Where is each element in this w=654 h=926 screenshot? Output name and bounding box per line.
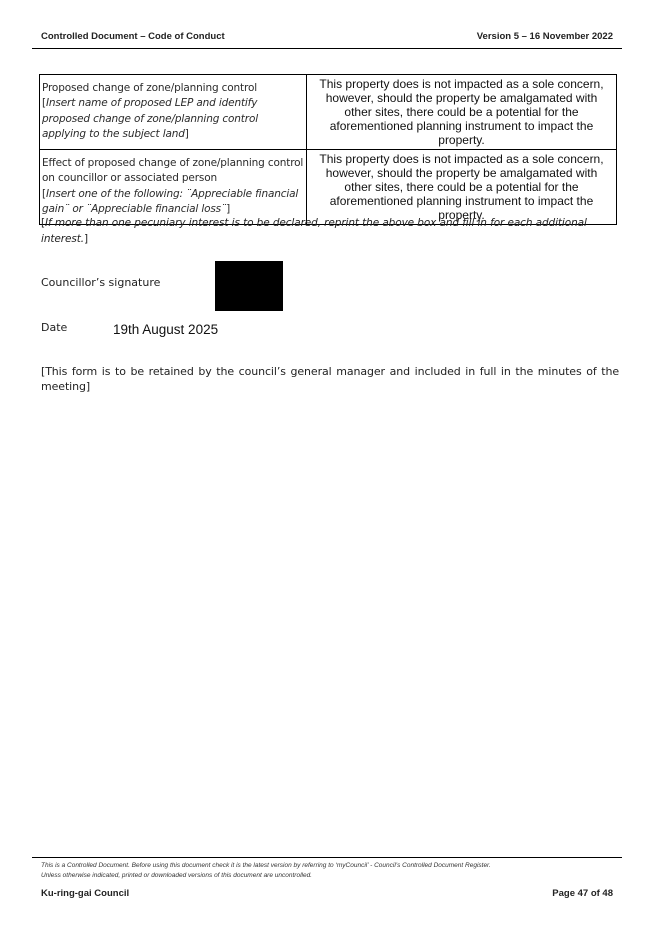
label-instruction: Insert one of the following: ¨Appreciabl… xyxy=(42,188,298,215)
row-label: Effect of proposed change of zone/planni… xyxy=(40,150,307,225)
row-value: This property does is not impacted as a … xyxy=(307,75,617,150)
label-text: Effect of proposed change of zone/planni… xyxy=(42,157,303,184)
footer-divider xyxy=(32,857,622,858)
row-label: Proposed change of zone/planning control… xyxy=(40,75,307,150)
pecuniary-interest-table: Proposed change of zone/planning control… xyxy=(39,74,617,225)
date-label: Date xyxy=(41,321,67,334)
date-value: 19th August 2025 xyxy=(113,322,218,337)
footer-organisation: Ku-ring-gai Council xyxy=(41,888,129,899)
page-header: Controlled Document – Code of Conduct Ve… xyxy=(41,31,613,42)
label-instruction: Insert name of proposed LEP and identify… xyxy=(42,97,258,139)
row-value: This property does is not impacted as a … xyxy=(307,150,617,225)
table-row: Effect of proposed change of zone/planni… xyxy=(40,150,617,225)
redacted-signature xyxy=(215,261,283,311)
page-number: Page 47 of 48 xyxy=(552,888,613,899)
additional-interest-note: [If more than one pecuniary interest is … xyxy=(41,216,619,247)
header-version: Version 5 – 16 November 2022 xyxy=(477,31,613,42)
header-document-title: Controlled Document – Code of Conduct xyxy=(41,31,225,42)
controlled-document-notice: This is a Controlled Document. Before us… xyxy=(41,861,621,880)
page-footer: Ku-ring-gai Council Page 47 of 48 xyxy=(41,888,613,899)
header-divider xyxy=(32,48,622,49)
retention-instruction: [This form is to be retained by the coun… xyxy=(41,365,619,394)
table-row: Proposed change of zone/planning control… xyxy=(40,75,617,150)
signature-label: Councillor’s signature xyxy=(41,276,160,289)
label-text: Proposed change of zone/planning control xyxy=(42,82,257,94)
